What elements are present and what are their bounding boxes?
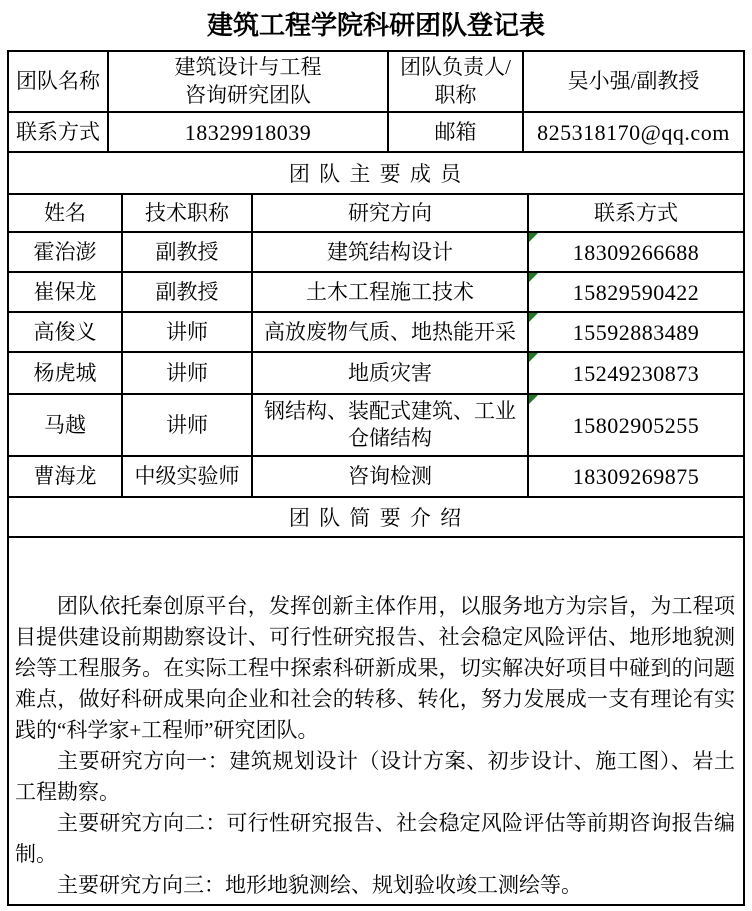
member-direction: 土木工程施工技术 <box>253 273 529 313</box>
member-name: 马越 <box>9 395 123 457</box>
table-row: 曹海龙 中级实验师 咨询检测 18309269875 <box>9 457 743 498</box>
contact-info-row: 联系方式 18329918039 邮箱 825318170@qq.com <box>9 113 743 153</box>
member-phone: 15249230873 <box>573 359 700 388</box>
email-label: 邮箱 <box>389 113 524 153</box>
member-name: 高俊义 <box>9 313 123 353</box>
member-phone-cell: 18309269875 <box>529 457 743 498</box>
header-direction: 研究方向 <box>253 195 529 233</box>
member-title: 副教授 <box>123 273 253 313</box>
team-name-value: 建筑设计与工程 咨询研究团队 <box>109 52 389 113</box>
intro-paragraph: 主要研究方向一：建筑规划设计（设计方案、初步设计、施工图）、岩土工程勘察。 <box>15 746 735 808</box>
intro-section-title: 团 队 简 要 介 绍 <box>9 498 743 538</box>
team-leader-label: 团队负责人/ 职称 <box>389 52 524 113</box>
table-row: 杨虎城 讲师 地质灾害 15249230873 <box>9 353 743 395</box>
member-title: 副教授 <box>123 233 253 273</box>
member-phone: 15802905255 <box>573 411 700 440</box>
registration-form-page: 建筑工程学院科研团队登记表 团队名称 建筑设计与工程 咨询研究团队 团队负责人/… <box>0 0 752 911</box>
header-name: 姓名 <box>9 195 123 233</box>
contact-phone-value: 18329918039 <box>109 113 389 153</box>
intro-text: 团队依托秦创原平台，发挥创新主体作用，以服务地方为宗旨，为工程项目提供建设前期勘… <box>9 538 743 904</box>
team-name-label: 团队名称 <box>9 52 109 113</box>
member-direction: 咨询检测 <box>253 457 529 498</box>
table-row: 崔保龙 副教授 土木工程施工技术 15829590422 <box>9 273 743 313</box>
member-name: 崔保龙 <box>9 273 123 313</box>
member-title: 讲师 <box>123 353 253 395</box>
member-direction: 高放废物气质、地热能开采 <box>253 313 529 353</box>
member-title: 中级实验师 <box>123 457 253 498</box>
team-leader-value: 吴小强/副教授 <box>524 52 743 113</box>
member-phone-cell: 15249230873 <box>529 353 743 395</box>
intro-paragraph: 主要研究方向二：可行性研究报告、社会稳定风险评估等前期咨询报告编制。 <box>15 808 735 870</box>
member-direction: 建筑结构设计 <box>253 233 529 273</box>
table-row: 高俊义 讲师 高放废物气质、地热能开采 15592883489 <box>9 313 743 353</box>
email-value: 825318170@qq.com <box>524 113 743 153</box>
member-phone-cell: 15592883489 <box>529 313 743 353</box>
members-section-title: 团 队 主 要 成 员 <box>9 153 743 195</box>
intro-paragraph: 团队依托秦创原平台，发挥创新主体作用，以服务地方为宗旨，为工程项目提供建设前期勘… <box>15 591 735 746</box>
member-phone: 15829590422 <box>573 278 700 307</box>
table-row: 马越 讲师 钢结构、装配式建筑、工业仓储结构 15802905255 <box>9 395 743 457</box>
intro-paragraph: 主要研究方向三：地形地貌测绘、规划验收竣工测绘等。 <box>15 870 735 901</box>
flag-triangle-icon <box>529 273 538 282</box>
flag-triangle-icon <box>529 233 538 242</box>
member-title: 讲师 <box>123 395 253 457</box>
table-row: 霍治澎 副教授 建筑结构设计 18309266688 <box>9 233 743 273</box>
registration-table: 团队名称 建筑设计与工程 咨询研究团队 团队负责人/ 职称 吴小强/副教授 联系… <box>7 50 745 906</box>
member-name: 曹海龙 <box>9 457 123 498</box>
header-contact: 联系方式 <box>529 195 743 233</box>
member-direction: 地质灾害 <box>253 353 529 395</box>
member-phone: 18309266688 <box>573 238 700 267</box>
member-phone-cell: 18309266688 <box>529 233 743 273</box>
member-title: 讲师 <box>123 313 253 353</box>
flag-triangle-icon <box>529 395 538 404</box>
member-name: 杨虎城 <box>9 353 123 395</box>
members-header-row: 姓名 技术职称 研究方向 联系方式 <box>9 195 743 233</box>
header-title: 技术职称 <box>123 195 253 233</box>
flag-triangle-icon <box>529 313 538 322</box>
member-phone: 18309269875 <box>573 462 700 491</box>
flag-triangle-icon <box>529 353 538 362</box>
contact-label: 联系方式 <box>9 113 109 153</box>
member-phone: 15592883489 <box>573 318 700 347</box>
member-phone-cell: 15829590422 <box>529 273 743 313</box>
member-phone-cell: 15802905255 <box>529 395 743 457</box>
page-title: 建筑工程学院科研团队登记表 <box>7 5 745 50</box>
member-direction: 钢结构、装配式建筑、工业仓储结构 <box>253 395 529 457</box>
member-name: 霍治澎 <box>9 233 123 273</box>
team-info-row: 团队名称 建筑设计与工程 咨询研究团队 团队负责人/ 职称 吴小强/副教授 <box>9 52 743 113</box>
